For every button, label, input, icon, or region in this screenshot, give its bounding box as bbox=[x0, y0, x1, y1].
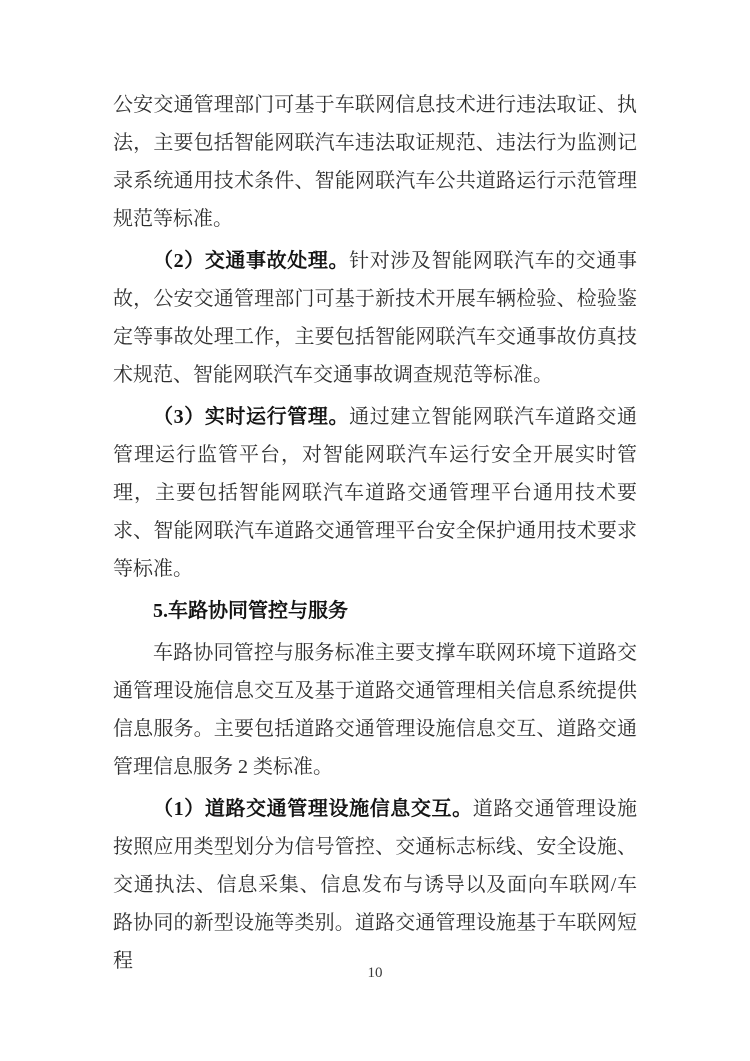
paragraph-text: 通过建立智能网联汽车道路交通管理运行监管平台，对智能网联汽车运行安全开展实时管理… bbox=[113, 406, 637, 580]
document-body: 公安交通管理部门可基于车联网信息技术进行违法取证、执法，主要包括智能网联汽车违法… bbox=[113, 86, 637, 980]
paragraph-text: 道路交通管理设施按照应用类型划分为信号管控、交通标志标线、安全设施、交通执法、信… bbox=[113, 798, 637, 972]
paragraph: （1）道路交通管理设施信息交互。道路交通管理设施按照应用类型划分为信号管控、交通… bbox=[113, 790, 637, 980]
paragraph-text: 车路协同管控与服务标准主要支撑车联网环境下道路交通管理设施信息交互及基于道路交通… bbox=[113, 642, 637, 778]
paragraph-text: 公安交通管理部门可基于车联网信息技术进行违法取证、执法，主要包括智能网联汽车违法… bbox=[113, 94, 637, 230]
document-page: 公安交通管理部门可基于车联网信息技术进行违法取证、执法，主要包括智能网联汽车违法… bbox=[0, 0, 750, 1061]
section-heading: 5.车路协同管控与服务 bbox=[113, 592, 637, 630]
page-number: 10 bbox=[0, 963, 750, 983]
paragraph: （3）实时运行管理。通过建立智能网联汽车道路交通管理运行监管平台，对智能网联汽车… bbox=[113, 398, 637, 588]
paragraph: 公安交通管理部门可基于车联网信息技术进行违法取证、执法，主要包括智能网联汽车违法… bbox=[113, 86, 637, 238]
paragraph-lead-bold-text: （1）道路交通管理设施信息交互。 bbox=[153, 798, 473, 820]
paragraph: （2）交通事故处理。针对涉及智能网联汽车的交通事故，公安交通管理部门可基于新技术… bbox=[113, 242, 637, 394]
paragraph-lead-bold-text: 5.车路协同管控与服务 bbox=[153, 600, 348, 622]
paragraph-lead-bold-text: （2）交通事故处理。 bbox=[153, 250, 349, 272]
paragraph-lead-bold-text: （3）实时运行管理。 bbox=[153, 406, 349, 428]
paragraph: 车路协同管控与服务标准主要支撑车联网环境下道路交通管理设施信息交互及基于道路交通… bbox=[113, 634, 637, 786]
